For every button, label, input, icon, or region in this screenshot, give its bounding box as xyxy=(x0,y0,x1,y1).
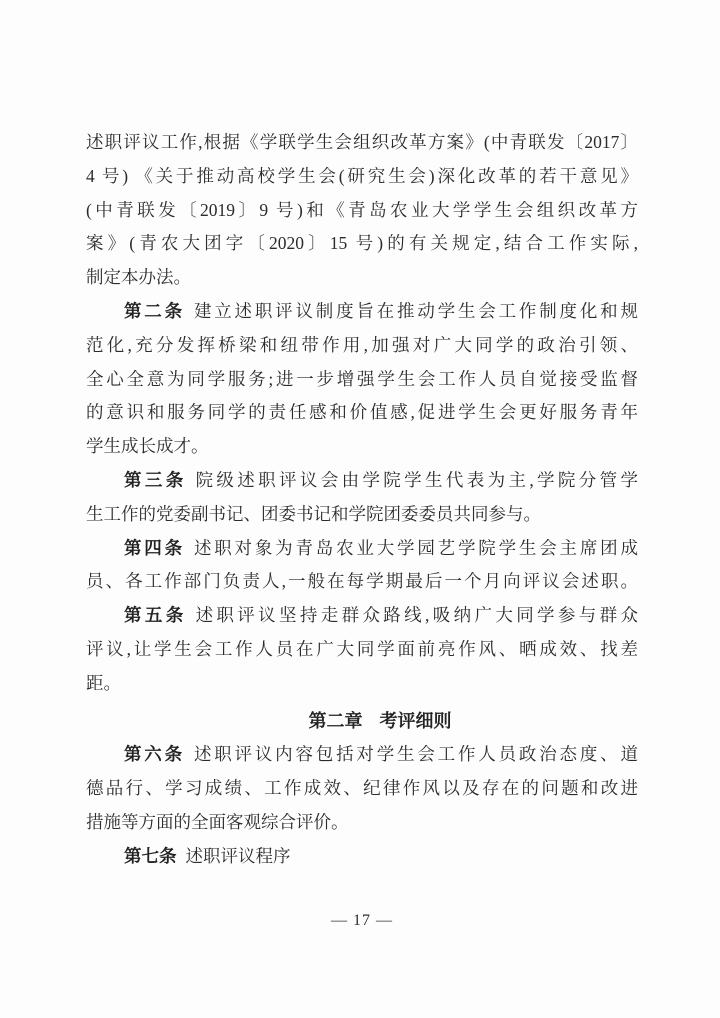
line-text: 评议,让学生会工作人员在广大同学面前亮作风、晒成效、找差 xyxy=(86,639,638,659)
line-text: 述职评议内容包括对学生会工作人员政治态度、道 xyxy=(194,744,638,764)
text-line: 措施等方面的全面客观综合评价。 xyxy=(86,806,638,840)
article-number-label: 第五条 xyxy=(124,605,187,625)
line-text: (中青联发〔2019〕9 号)和《青岛农业大学学生会组织改革方 xyxy=(86,200,638,220)
line-text: 措施等方面的全面客观综合评价。 xyxy=(86,812,349,832)
document-body: 述职评议工作,根据《学联学生会组织改革方案》(中青联发〔2017〕 4 号) 《… xyxy=(86,126,638,937)
page-number: — 17 — xyxy=(86,904,638,938)
line-text: 生工作的党委副书记、团委书记和学院团委委员共同参与。 xyxy=(86,504,541,524)
chapter-number-label: 第二章 xyxy=(309,711,363,731)
line-text: 全心全意为同学服务;进一步增强学生会工作人员自觉接受监督 xyxy=(86,369,638,389)
text-line: 范化,充分发挥桥梁和纽带作用,加强对广大同学的政治引领、 xyxy=(86,329,638,363)
text-line: 距。 xyxy=(86,667,638,701)
article-number-label: 第六条 xyxy=(124,744,185,764)
text-line: 第六条述职评议内容包括对学生会工作人员政治态度、道 xyxy=(86,738,638,772)
text-line: 学生成长成才。 xyxy=(86,430,638,464)
document-page: 述职评议工作,根据《学联学生会组织改革方案》(中青联发〔2017〕 4 号) 《… xyxy=(0,0,720,1018)
text-line: 生工作的党委副书记、团委书记和学院团委委员共同参与。 xyxy=(86,498,638,532)
text-line: 第三条院级述职评议会由学院学生代表为主,学院分管学 xyxy=(86,464,638,498)
text-line: (中青联发〔2019〕9 号)和《青岛农业大学学生会组织改革方 xyxy=(86,194,638,228)
line-text: 4 号) 《关于推动高校学生会(研究生会)深化改革的若干意见》 xyxy=(86,166,638,186)
article-number-label: 第七条 xyxy=(124,846,177,866)
chapter-title: 考评细则 xyxy=(380,711,452,731)
article-number-label: 第三条 xyxy=(124,470,187,490)
line-text: 制定本办法。 xyxy=(86,267,191,287)
text-line: 述职评议工作,根据《学联学生会组织改革方案》(中青联发〔2017〕 xyxy=(86,126,638,160)
text-line: 的意识和服务同学的责任感和价值感,促进学生会更好服务青年 xyxy=(86,396,638,430)
line-text: 员、各工作部门负责人,一般在每学期最后一个月向评议会述职。 xyxy=(86,571,638,591)
article-number-label: 第二条 xyxy=(124,301,185,321)
text-line: 4 号) 《关于推动高校学生会(研究生会)深化改革的若干意见》 xyxy=(86,160,638,194)
text-line: 第四条述职对象为青岛农业大学园艺学院学生会主席团成 xyxy=(86,532,638,566)
line-text: 德品行、学习成绩、工作成效、纪律作风以及存在的问题和改进 xyxy=(86,778,638,798)
text-line: 案》(青农大团字〔2020〕15 号)的有关规定,结合工作实际, xyxy=(86,227,638,261)
text-line: 第七条述职评议程序 xyxy=(86,840,638,874)
line-text: 述职评议坚持走群众路线,吸纳广大同学参与群众 xyxy=(196,605,638,625)
line-text: 建立述职评议制度旨在推动学生会工作制度化和规 xyxy=(194,301,638,321)
line-text: 距。 xyxy=(86,673,121,693)
text-line: 第二条建立述职评议制度旨在推动学生会工作制度化和规 xyxy=(86,295,638,329)
line-text: 述职对象为青岛农业大学园艺学院学生会主席团成 xyxy=(194,538,638,558)
line-text: 述职评议工作,根据《学联学生会组织改革方案》(中青联发〔2017〕 xyxy=(86,132,638,152)
text-line: 全心全意为同学服务;进一步增强学生会工作人员自觉接受监督 xyxy=(86,363,638,397)
line-text: 案》(青农大团字〔2020〕15 号)的有关规定,结合工作实际, xyxy=(86,233,638,253)
line-text: 述职评议程序 xyxy=(186,846,291,866)
line-text: 的意识和服务同学的责任感和价值感,促进学生会更好服务青年 xyxy=(86,402,638,422)
text-line: 德品行、学习成绩、工作成效、纪律作风以及存在的问题和改进 xyxy=(86,772,638,806)
line-text: 范化,充分发挥桥梁和纽带作用,加强对广大同学的政治引领、 xyxy=(86,335,638,355)
text-line: 评议,让学生会工作人员在广大同学面前亮作风、晒成效、找差 xyxy=(86,633,638,667)
chapter-heading: 第二章考评细则 xyxy=(86,705,638,739)
line-text: 学生成长成才。 xyxy=(86,436,209,456)
text-line: 员、各工作部门负责人,一般在每学期最后一个月向评议会述职。 xyxy=(86,565,638,599)
article-number-label: 第四条 xyxy=(124,538,185,558)
text-line: 制定本办法。 xyxy=(86,261,638,295)
text-line: 第五条述职评议坚持走群众路线,吸纳广大同学参与群众 xyxy=(86,599,638,633)
line-text: 院级述职评议会由学院学生代表为主,学院分管学 xyxy=(196,470,638,490)
